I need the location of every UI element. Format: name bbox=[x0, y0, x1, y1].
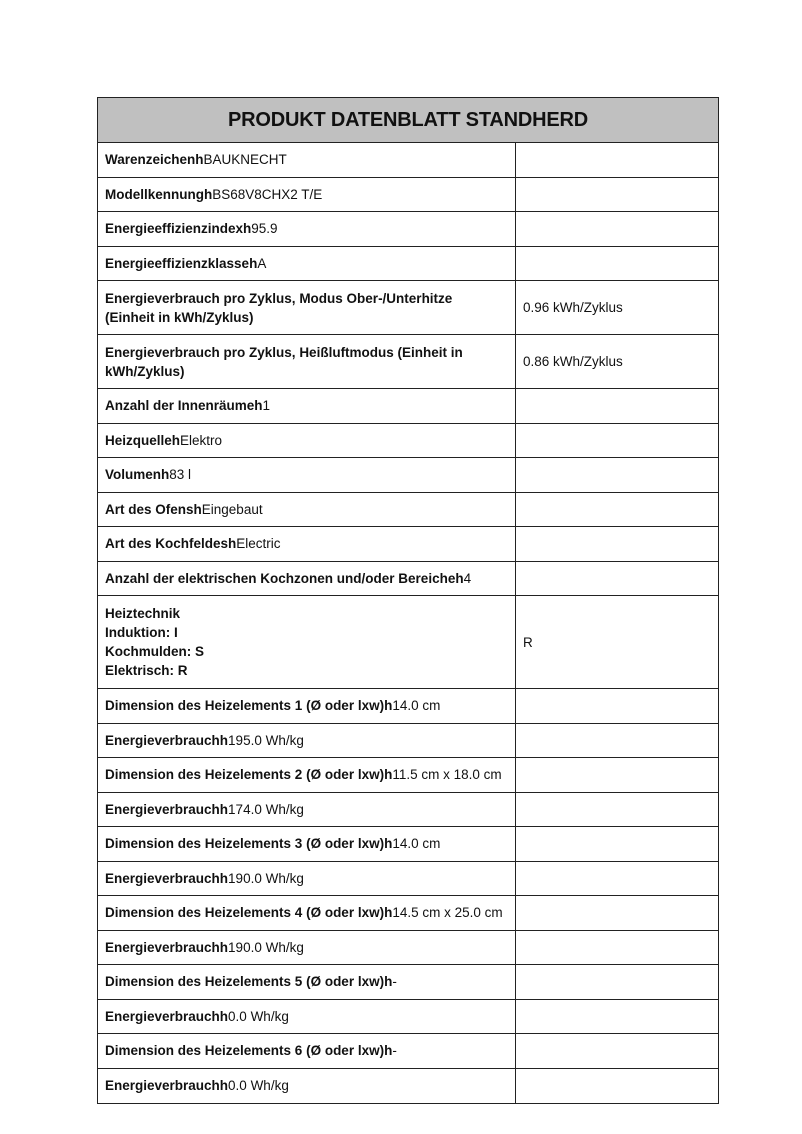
row-value-cell bbox=[516, 965, 718, 999]
row-inline-value: 0.0 Wh/kg bbox=[228, 1078, 289, 1093]
row-label-cell: ModellkennunghBS68V8CHX2 T/E bbox=[98, 178, 516, 212]
row-label-cell: Energieverbrauch pro Zyklus, Modus Ober-… bbox=[98, 281, 516, 334]
table-row: Dimension des Heizelements 5 (Ø oder lxw… bbox=[98, 965, 718, 1000]
table-row: Art des KochfeldeshElectric bbox=[98, 527, 718, 562]
row-inline-value: Electric bbox=[236, 536, 280, 551]
row-label-cell: Energieverbrauch pro Zyklus, Heißluftmod… bbox=[98, 335, 516, 388]
table-row: Energieverbrauch pro Zyklus, Modus Ober-… bbox=[98, 281, 718, 335]
table-row: HeizquellehElektro bbox=[98, 424, 718, 459]
row-value-cell bbox=[516, 424, 718, 458]
row-inline-value: 14.5 cm x 25.0 cm bbox=[392, 905, 502, 920]
row-label: Energieverbrauchh bbox=[105, 802, 228, 817]
table-row: Anzahl der Innenräumeh1 bbox=[98, 389, 718, 424]
table-row: Dimension des Heizelements 4 (Ø oder lxw… bbox=[98, 896, 718, 931]
row-value-cell bbox=[516, 931, 718, 965]
datasheet-title: PRODUKT DATENBLATT STANDHERD bbox=[98, 98, 718, 143]
row-label: Energieeffizienzindexh bbox=[105, 221, 251, 236]
row-label-cell: Heiztechnik Induktion: I Kochmulden: S E… bbox=[98, 596, 516, 688]
row-inline-value: Elektro bbox=[180, 433, 222, 448]
row-value-cell: 0.86 kWh/Zyklus bbox=[516, 335, 718, 388]
row-label-cell: Art des KochfeldeshElectric bbox=[98, 527, 516, 561]
row-label-cell: Energieverbrauchh0.0 Wh/kg bbox=[98, 1069, 516, 1104]
row-inline-value: 4 bbox=[464, 571, 472, 586]
row-label-line: Elektrisch: R bbox=[105, 661, 508, 680]
row-value-cell bbox=[516, 247, 718, 281]
table-row: Energieverbrauch pro Zyklus, Heißluftmod… bbox=[98, 335, 718, 389]
table-row: WarenzeichenhBAUKNECHT bbox=[98, 143, 718, 178]
table-row: Energieeffizienzindexh95.9 bbox=[98, 212, 718, 247]
row-label-cell: Energieverbrauchh190.0 Wh/kg bbox=[98, 862, 516, 896]
row-value-cell bbox=[516, 793, 718, 827]
row-label-line: (Einheit in kWh/Zyklus) bbox=[105, 308, 508, 327]
row-value-cell: R bbox=[516, 596, 718, 688]
table-row: Energieverbrauchh190.0 Wh/kg bbox=[98, 862, 718, 897]
row-value-cell bbox=[516, 212, 718, 246]
table-row: Dimension des Heizelements 1 (Ø oder lxw… bbox=[98, 689, 718, 724]
row-value-cell bbox=[516, 758, 718, 792]
row-inline-value: - bbox=[392, 974, 397, 989]
row-label-line: kWh/Zyklus) bbox=[105, 362, 508, 381]
row-label: Heizquelleh bbox=[105, 433, 180, 448]
row-label-cell: Energieverbrauchh195.0 Wh/kg bbox=[98, 724, 516, 758]
table-row: Dimension des Heizelements 6 (Ø oder lxw… bbox=[98, 1034, 718, 1069]
row-value-cell bbox=[516, 458, 718, 492]
table-row: ModellkennunghBS68V8CHX2 T/E bbox=[98, 178, 718, 213]
row-label-cell: Volumenh83 l bbox=[98, 458, 516, 492]
row-value-cell bbox=[516, 493, 718, 527]
row-label-cell: Dimension des Heizelements 6 (Ø oder lxw… bbox=[98, 1034, 516, 1068]
row-label-cell: WarenzeichenhBAUKNECHT bbox=[98, 143, 516, 177]
row-label: Dimension des Heizelements 4 (Ø oder lxw… bbox=[105, 905, 392, 920]
row-value-cell bbox=[516, 143, 718, 177]
row-label-line: Energieverbrauch pro Zyklus, Modus Ober-… bbox=[105, 289, 508, 308]
table-row: Heiztechnik Induktion: I Kochmulden: S E… bbox=[98, 596, 718, 689]
row-label-cell: Dimension des Heizelements 4 (Ø oder lxw… bbox=[98, 896, 516, 930]
table-row: EnergieeffizienzklassehA bbox=[98, 247, 718, 282]
row-label: Warenzeichenh bbox=[105, 152, 204, 167]
row-value-cell bbox=[516, 178, 718, 212]
row-inline-value: 14.0 cm bbox=[392, 698, 440, 713]
row-label-cell: Dimension des Heizelements 1 (Ø oder lxw… bbox=[98, 689, 516, 723]
row-value-cell bbox=[516, 527, 718, 561]
row-label: Anzahl der elektrischen Kochzonen und/od… bbox=[105, 571, 464, 586]
row-value-cell bbox=[516, 896, 718, 930]
row-inline-value: BS68V8CHX2 T/E bbox=[212, 187, 322, 202]
row-inline-value: 190.0 Wh/kg bbox=[228, 940, 304, 955]
row-label-cell: Energieverbrauchh190.0 Wh/kg bbox=[98, 931, 516, 965]
row-label: Dimension des Heizelements 6 (Ø oder lxw… bbox=[105, 1043, 392, 1058]
table-row: Art des OfenshEingebaut bbox=[98, 493, 718, 528]
row-label: Modellkennungh bbox=[105, 187, 212, 202]
table-row: Energieverbrauchh0.0 Wh/kg bbox=[98, 1000, 718, 1035]
row-label-cell: Energieverbrauchh0.0 Wh/kg bbox=[98, 1000, 516, 1034]
row-label-line: Heiztechnik bbox=[105, 604, 508, 623]
row-label-line: Kochmulden: S bbox=[105, 642, 508, 661]
row-inline-value: 174.0 Wh/kg bbox=[228, 802, 304, 817]
row-inline-value: Eingebaut bbox=[202, 502, 263, 517]
row-label-cell: Anzahl der elektrischen Kochzonen und/od… bbox=[98, 562, 516, 596]
row-value-cell bbox=[516, 562, 718, 596]
table-row: Volumenh83 l bbox=[98, 458, 718, 493]
row-value-cell bbox=[516, 389, 718, 423]
row-inline-value: 11.5 cm x 18.0 cm bbox=[392, 767, 501, 782]
row-value-cell bbox=[516, 827, 718, 861]
row-value-cell bbox=[516, 1069, 718, 1104]
table-row: Energieverbrauchh190.0 Wh/kg bbox=[98, 931, 718, 966]
row-inline-value: 95.9 bbox=[251, 221, 277, 236]
row-label: Energieverbrauchh bbox=[105, 733, 228, 748]
row-label-cell: Art des OfenshEingebaut bbox=[98, 493, 516, 527]
row-label: Energieverbrauchh bbox=[105, 940, 228, 955]
row-inline-value: 190.0 Wh/kg bbox=[228, 871, 304, 886]
row-label: Energieeffizienzklasseh bbox=[105, 256, 257, 271]
row-inline-value: 1 bbox=[263, 398, 271, 413]
row-inline-value: A bbox=[257, 256, 266, 271]
row-label: Art des Ofensh bbox=[105, 502, 202, 517]
datasheet-table: PRODUKT DATENBLATT STANDHERD Warenzeiche… bbox=[97, 97, 719, 1104]
row-value-cell bbox=[516, 689, 718, 723]
table-row: Energieverbrauchh195.0 Wh/kg bbox=[98, 724, 718, 759]
table-row: Anzahl der elektrischen Kochzonen und/od… bbox=[98, 562, 718, 597]
row-inline-value: 83 l bbox=[169, 467, 191, 482]
table-row: Dimension des Heizelements 3 (Ø oder lxw… bbox=[98, 827, 718, 862]
row-label: Energieverbrauchh bbox=[105, 871, 228, 886]
row-label: Volumenh bbox=[105, 467, 169, 482]
table-row: Energieverbrauchh174.0 Wh/kg bbox=[98, 793, 718, 828]
row-label-cell: HeizquellehElektro bbox=[98, 424, 516, 458]
row-value-cell bbox=[516, 1000, 718, 1034]
row-label: Dimension des Heizelements 1 (Ø oder lxw… bbox=[105, 698, 392, 713]
row-value-cell bbox=[516, 1034, 718, 1068]
row-label-line: Induktion: I bbox=[105, 623, 508, 642]
row-label: Dimension des Heizelements 5 (Ø oder lxw… bbox=[105, 974, 392, 989]
row-inline-value: - bbox=[392, 1043, 397, 1058]
row-label-cell: Dimension des Heizelements 3 (Ø oder lxw… bbox=[98, 827, 516, 861]
row-value-cell: 0.96 kWh/Zyklus bbox=[516, 281, 718, 334]
row-label-cell: Dimension des Heizelements 5 (Ø oder lxw… bbox=[98, 965, 516, 999]
row-label: Dimension des Heizelements 3 (Ø oder lxw… bbox=[105, 836, 392, 851]
row-label: Art des Kochfeldesh bbox=[105, 536, 236, 551]
row-label-line: Energieverbrauch pro Zyklus, Heißluftmod… bbox=[105, 343, 508, 362]
row-label-cell: Dimension des Heizelements 2 (Ø oder lxw… bbox=[98, 758, 516, 792]
row-label-cell: Anzahl der Innenräumeh1 bbox=[98, 389, 516, 423]
row-inline-value: 0.0 Wh/kg bbox=[228, 1009, 289, 1024]
table-row: Energieverbrauchh0.0 Wh/kg bbox=[98, 1069, 718, 1104]
row-inline-value: BAUKNECHT bbox=[204, 152, 287, 167]
row-label-cell: EnergieeffizienzklassehA bbox=[98, 247, 516, 281]
row-inline-value: 14.0 cm bbox=[392, 836, 440, 851]
row-label: Anzahl der Innenräumeh bbox=[105, 398, 263, 413]
row-label: Energieverbrauchh bbox=[105, 1078, 228, 1093]
row-label: Dimension des Heizelements 2 (Ø oder lxw… bbox=[105, 767, 392, 782]
row-label-cell: Energieeffizienzindexh95.9 bbox=[98, 212, 516, 246]
row-label: Energieverbrauchh bbox=[105, 1009, 228, 1024]
row-label-cell: Energieverbrauchh174.0 Wh/kg bbox=[98, 793, 516, 827]
table-row: Dimension des Heizelements 2 (Ø oder lxw… bbox=[98, 758, 718, 793]
row-value-cell bbox=[516, 724, 718, 758]
row-value-cell bbox=[516, 862, 718, 896]
row-inline-value: 195.0 Wh/kg bbox=[228, 733, 304, 748]
